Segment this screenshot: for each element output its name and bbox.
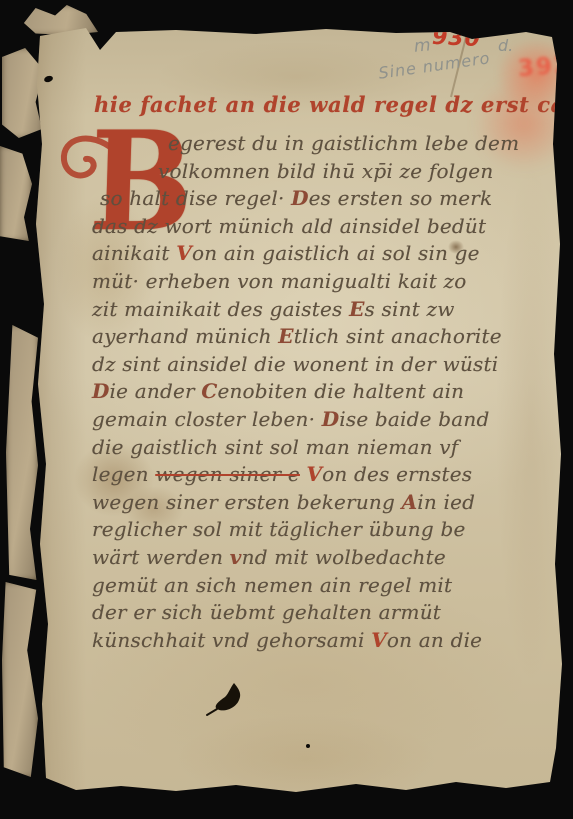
text-segment: D bbox=[92, 379, 110, 403]
manuscript-photo: m 930 d. Sine numero 392 hie fachet an d… bbox=[0, 0, 573, 819]
red-shelfmark-number: 930 bbox=[431, 25, 481, 53]
text-segment: V bbox=[371, 628, 387, 652]
text-segment: v bbox=[230, 545, 242, 569]
text-segment: so halt dise regel· bbox=[100, 186, 291, 210]
text-segment: on an die bbox=[387, 628, 482, 652]
text-segment: D bbox=[291, 186, 309, 210]
manuscript-text-line: zit mainikait des gaistes Es sint zw bbox=[92, 297, 554, 325]
text-segment: tlich sint anachorite bbox=[294, 324, 502, 348]
manuscript-text-line: das dz wort münich ald ainsidel bedüt bbox=[92, 214, 554, 242]
text-segment: on des ernstes bbox=[322, 462, 472, 486]
text-segment: das dz wort münich ald ainsidel bedüt bbox=[92, 214, 486, 238]
text-segment: gemain closter leben· bbox=[92, 407, 322, 431]
parchment-hole bbox=[43, 75, 53, 83]
struck-through-text: wegen siner e bbox=[155, 462, 300, 486]
text-segment: der er sich üebmt gehalten armüt bbox=[92, 600, 441, 624]
text-segment: reglicher sol mit täglicher übung be bbox=[92, 517, 465, 541]
text-segment: E bbox=[278, 324, 293, 348]
text-segment: dz sint ainsidel die wonent in der wüsti bbox=[92, 352, 498, 376]
manuscript-text-line: ayerhand münich Etlich sint anachorite bbox=[92, 324, 554, 352]
manuscript-page: m 930 d. Sine numero 392 hie fachet an d… bbox=[26, 24, 566, 804]
manuscript-text-line: volkomnen bild ihū xp̄i ze folgen bbox=[158, 159, 554, 187]
manuscript-text-line: ainikait Von ain gaistlich ai sol sin ge bbox=[92, 241, 554, 269]
text-segment: wärt werden bbox=[92, 545, 230, 569]
ink-blot bbox=[204, 679, 254, 729]
text-segment: müt· erheben von manigualti kait zo bbox=[92, 269, 467, 293]
text-segment: volkomnen bild ihū xp̄i ze folgen bbox=[158, 159, 493, 183]
manuscript-text-line: so halt dise regel· Des ersten so merk bbox=[100, 186, 554, 214]
text-segment: C bbox=[201, 379, 217, 403]
text-segment: V bbox=[306, 462, 322, 486]
text-segment: künschhait vnd gehorsami bbox=[92, 628, 371, 652]
text-segment: E bbox=[349, 297, 364, 321]
text-segment: V bbox=[176, 241, 192, 265]
binding-fragment bbox=[2, 48, 44, 138]
binding-fragment bbox=[2, 582, 38, 777]
manuscript-text-line: der er sich üebmt gehalten armüt bbox=[92, 600, 554, 628]
text-segment: ayerhand münich bbox=[92, 324, 278, 348]
text-segment: die gaistlich sint sol man nieman vf bbox=[92, 435, 458, 459]
manuscript-text-line: wegen siner ersten bekerung Ain ied bbox=[92, 490, 554, 518]
text-segment: wegen siner ersten bekerung bbox=[92, 490, 402, 514]
manuscript-text-line: legen wegen siner e Von des ernstes bbox=[92, 462, 554, 490]
text-segment: ie ander bbox=[110, 379, 202, 403]
text-segment: enobiten die haltent ain bbox=[217, 379, 464, 403]
text-lines: egerest du in gaistlichm lebe demvolkomn… bbox=[92, 131, 554, 655]
manuscript-text-line: reglicher sol mit täglicher übung be bbox=[92, 517, 554, 545]
text-segment: egerest du in gaistlichm lebe dem bbox=[168, 131, 519, 155]
manuscript-text-line: dz sint ainsidel die wonent in der wüsti bbox=[92, 352, 554, 380]
parchment-hole bbox=[306, 744, 310, 748]
binding-fragment bbox=[6, 325, 38, 580]
text-segment: s sint zw bbox=[365, 297, 455, 321]
manuscript-text-line: künschhait vnd gehorsami Von an die bbox=[92, 628, 554, 656]
manuscript-text-line: gemüt an sich nemen ain regel mit bbox=[92, 573, 554, 601]
smudged-red-corner-number: 392 bbox=[517, 52, 573, 83]
manuscript-text-line: wärt werden vnd mit wolbedachte bbox=[92, 545, 554, 573]
manuscript-text-line: egerest du in gaistlichm lebe dem bbox=[168, 131, 554, 159]
pencil-annotation-d: d. bbox=[498, 36, 513, 55]
text-segment: nd mit wolbedachte bbox=[242, 545, 446, 569]
binding-fragment bbox=[0, 146, 32, 241]
text-segment: es ersten so merk bbox=[309, 186, 493, 210]
text-segment: legen bbox=[92, 462, 155, 486]
text-segment: A bbox=[402, 490, 418, 514]
pencil-annotation-letter: m bbox=[413, 35, 431, 56]
pencil-annotation-sine-numero: Sine numero bbox=[377, 48, 491, 83]
manuscript-text-line: gemain closter leben· Dise baide band bbox=[92, 407, 554, 435]
manuscript-text-line: müt· erheben von manigualti kait zo bbox=[92, 269, 554, 297]
text-segment: gemüt an sich nemen ain regel mit bbox=[92, 573, 452, 597]
text-segment: in ied bbox=[417, 490, 475, 514]
manuscript-text-line: die gaistlich sint sol man nieman vf bbox=[92, 435, 554, 463]
text-segment: on ain gaistlich ai sol sin ge bbox=[192, 241, 480, 265]
text-segment: zit mainikait des gaistes bbox=[92, 297, 349, 321]
manuscript-text-line: Die ander Cenobiten die haltent ain bbox=[92, 379, 554, 407]
text-segment: ise baide band bbox=[339, 407, 489, 431]
text-segment: ainikait bbox=[92, 241, 176, 265]
text-segment: D bbox=[322, 407, 340, 431]
